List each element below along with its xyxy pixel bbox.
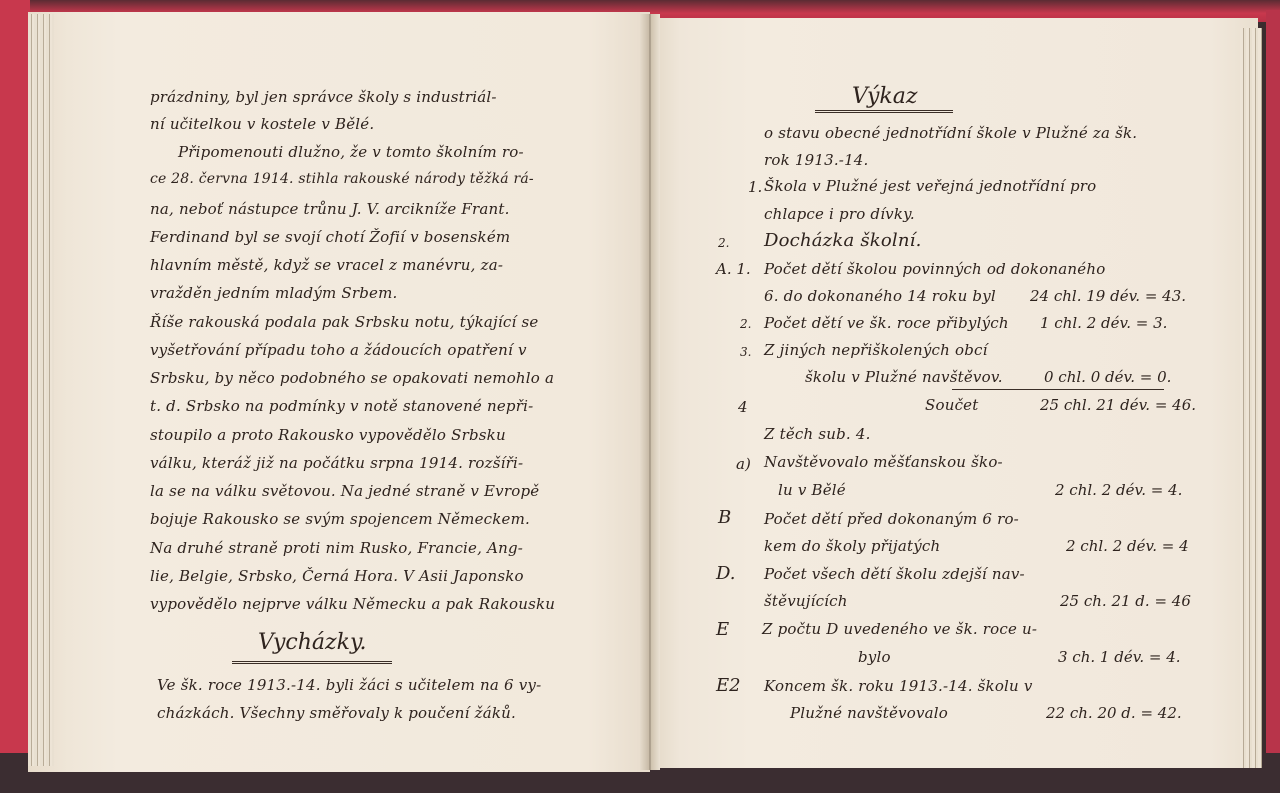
item-marker: 2. [740, 317, 751, 331]
book-cover-right [1266, 10, 1280, 770]
item-line: Počet dětí před dokonaným 6 ro- [764, 510, 1019, 528]
item-value: 22 ch. 20 d. = 42. [1046, 704, 1182, 722]
page-edges-left [28, 14, 54, 766]
text-line: bojuje Rakousko se svým spojencem Německ… [150, 510, 530, 528]
item-line: Počet všech dětí školu zdejší nav- [764, 565, 1025, 583]
text-line: Ve šk. roce 1913.-14. byli žáci s učitel… [157, 676, 541, 694]
item-value: 2 chl. 2 dév. = 4. [1055, 481, 1182, 499]
section-title-vychazky: Vycházky. [258, 630, 366, 655]
text-line: válku, kteráž již na počátku srpna 1914.… [150, 454, 523, 472]
text-line: ce 28. června 1914. stihla rakouské náro… [150, 171, 534, 187]
book-gutter [640, 14, 660, 770]
item-marker: D. [716, 563, 736, 584]
item-marker: 3. [740, 345, 751, 359]
item-marker: 4 [738, 398, 748, 416]
item-line: Koncem šk. roku 1913.-14. školu v [764, 677, 1033, 695]
text-line: prázdniny, byl jen správce školy s indus… [150, 88, 497, 106]
book-cover-left [0, 0, 30, 760]
title-underline [815, 110, 953, 113]
text-line: stoupilo a proto Rakousko vypovědělo Srb… [150, 426, 506, 444]
item-value: 24 chl. 19 dév. = 43. [1030, 287, 1186, 305]
text-line: Na druhé straně proti nim Rusko, Francie… [150, 539, 523, 557]
item-line: kem do školy přijatých [764, 537, 940, 555]
page-title-vykaz: Výkaz [852, 84, 917, 109]
item-line: Počet dětí ve šk. roce přibylých [764, 314, 1009, 332]
item-value: 0 chl. 0 dév. = 0. [1044, 368, 1171, 386]
item-marker: E2 [716, 675, 741, 696]
item-line: štěvujících [764, 592, 848, 610]
item-line: Součet [925, 396, 978, 414]
item-marker: 2. [718, 236, 729, 250]
item-line: bylo [858, 648, 891, 666]
item-marker: a) [736, 455, 751, 473]
item-marker: A. 1. [716, 260, 751, 278]
text-line: Připomenouti dlužno, že v tomto školním … [178, 143, 524, 161]
item-value: 3 ch. 1 dév. = 4. [1058, 648, 1181, 666]
intro-line: rok 1913.-14. [764, 151, 869, 169]
text-line: Říše rakouská podala pak Srbsku notu, tý… [150, 313, 538, 331]
text-line: ní učitelkou v kostele v Bělé. [150, 115, 374, 133]
text-line: t. d. Srbsko na podmínky v notě stanoven… [150, 397, 533, 415]
item-line: Plužné navštěvovalo [790, 704, 948, 722]
item-line: školu v Plužné navštěvov. [805, 368, 1003, 386]
item-marker: E [716, 619, 729, 640]
item-line: lu v Bělé [778, 481, 846, 499]
item-value: 2 chl. 2 dév. = 4 [1066, 537, 1189, 555]
item-value: 25 ch. 21 d. = 46 [1060, 592, 1191, 610]
text-line: cházkách. Všechny směřovaly k poučení žá… [157, 704, 516, 722]
text-line: Ferdinand byl se svojí chotí Žofií v bos… [150, 228, 510, 246]
item-line: Z těch sub. 4. [764, 425, 871, 443]
item-heading: Docházka školní. [764, 230, 922, 251]
item-line: Z počtu D uvedeného ve šk. roce u- [762, 620, 1037, 638]
intro-line: o stavu obecné jednotřídní škole v Plužn… [764, 124, 1137, 142]
item-value: 1 chl. 2 dév. = 3. [1040, 314, 1167, 332]
item-line: Z jiných nepřiškolených obcí [764, 341, 988, 359]
text-line: Srbsku, by něco podobného se opakovati n… [150, 369, 554, 387]
text-line: la se na válku světovou. Na jedné straně… [150, 482, 539, 500]
item-marker: B [718, 507, 731, 528]
page-edges-right [1240, 28, 1262, 768]
item-line: chlapce i pro dívky. [764, 205, 915, 223]
text-line: lie, Belgie, Srbsko, Černá Hora. V Asii … [150, 567, 524, 585]
text-line: na, neboť nástupce trůnu J. V. arcikníže… [150, 200, 510, 218]
text-line: vypovědělo nejprve válku Německu a pak R… [150, 595, 555, 613]
title-underline [232, 661, 392, 664]
item-value: 25 chl. 21 dév. = 46. [1040, 396, 1196, 414]
text-line: vyšetřování případu toho a žádoucích opa… [150, 341, 527, 359]
sum-line [952, 389, 1164, 390]
text-line: hlavním městě, když se vracel z manévru,… [150, 256, 503, 274]
item-marker: 1. [748, 178, 762, 196]
item-line: Navštěvovalo měšťanskou ško- [764, 453, 1003, 471]
item-line: Škola v Plužné jest veřejná jednotřídní … [764, 177, 1096, 195]
text-line: vražděn jedním mladým Srbem. [150, 284, 398, 302]
item-line: 6. do dokonaného 14 roku byl [764, 287, 996, 305]
item-line: Počet dětí školou povinných od dokonanéh… [764, 260, 1105, 278]
